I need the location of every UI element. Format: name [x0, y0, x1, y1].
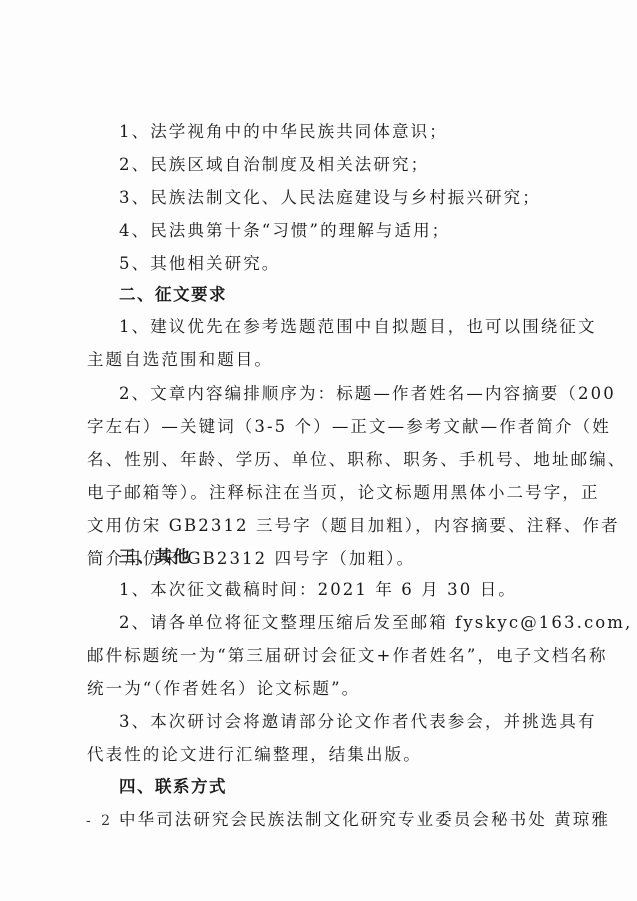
paragraph-line: 主题自选范围和题目。 — [87, 350, 557, 370]
paragraph-line: 3、本次研讨会将邀请部分论文作者代表参会，并挑选具有 — [119, 712, 589, 732]
topic-item: 5、其他相关研究。 — [119, 254, 589, 274]
paragraph-line: 电子邮箱等）。注释标注在当页，论文标题用黑体小二号字，正 — [87, 483, 557, 503]
section-heading-requirements: 二、征文要求 — [119, 285, 589, 305]
paragraph-line: 字左右）—关键词（3-5 个）—正文—参考文献—作者简介（姓 — [87, 417, 557, 437]
topic-item: 4、民法典第十条“习惯”的理解与适用； — [119, 221, 589, 241]
contact-line: 中华司法研究会民族法制文化研究专业委员会秘书处 黄琼雅 — [119, 810, 589, 830]
paragraph-line: 2、请各单位将征文整理压缩后发至邮箱 fyskyc@163.com, — [119, 613, 589, 633]
paragraph-line: 名、性别、年龄、学历、单位、职称、职务、手机号、地址邮编、 — [87, 450, 557, 470]
paragraph-line: 统一为“（作者姓名）论文标题”。 — [87, 679, 557, 699]
document-page: 1、法学视角中的中华民族共同体意识； 2、民族区域自治制度及相关法研究； 3、民… — [0, 0, 637, 901]
page-number: - 2 - — [86, 813, 128, 829]
paragraph-line: 邮件标题统一为“第三届研讨会征文+作者姓名”，电子文档名称 — [87, 646, 557, 666]
topic-item: 1、法学视角中的中华民族共同体意识； — [119, 122, 589, 142]
paragraph-line: 2、文章内容编排顺序为：标题—作者姓名—内容摘要（200 — [119, 384, 589, 404]
topic-item: 2、民族区域自治制度及相关法研究； — [119, 155, 589, 175]
topic-item: 3、民族法制文化、人民法庭建设与乡村振兴研究； — [119, 188, 589, 208]
paragraph-line: 1、本次征文截稿时间：2021 年 6 月 30 日。 — [119, 580, 589, 600]
paragraph-line: 1、建议优先在参考选题范围中自拟题目，也可以围绕征文 — [119, 317, 589, 337]
paragraph-line: 文用仿宋 GB2312 三号字（题目加粗），内容摘要、注释、作者 — [87, 516, 557, 536]
paragraph-line: 代表性的论文进行汇编整理，结集出版。 — [87, 745, 557, 765]
section-heading-contact: 四、联系方式 — [119, 777, 589, 797]
section-heading-other: 三、其他 — [119, 547, 589, 567]
